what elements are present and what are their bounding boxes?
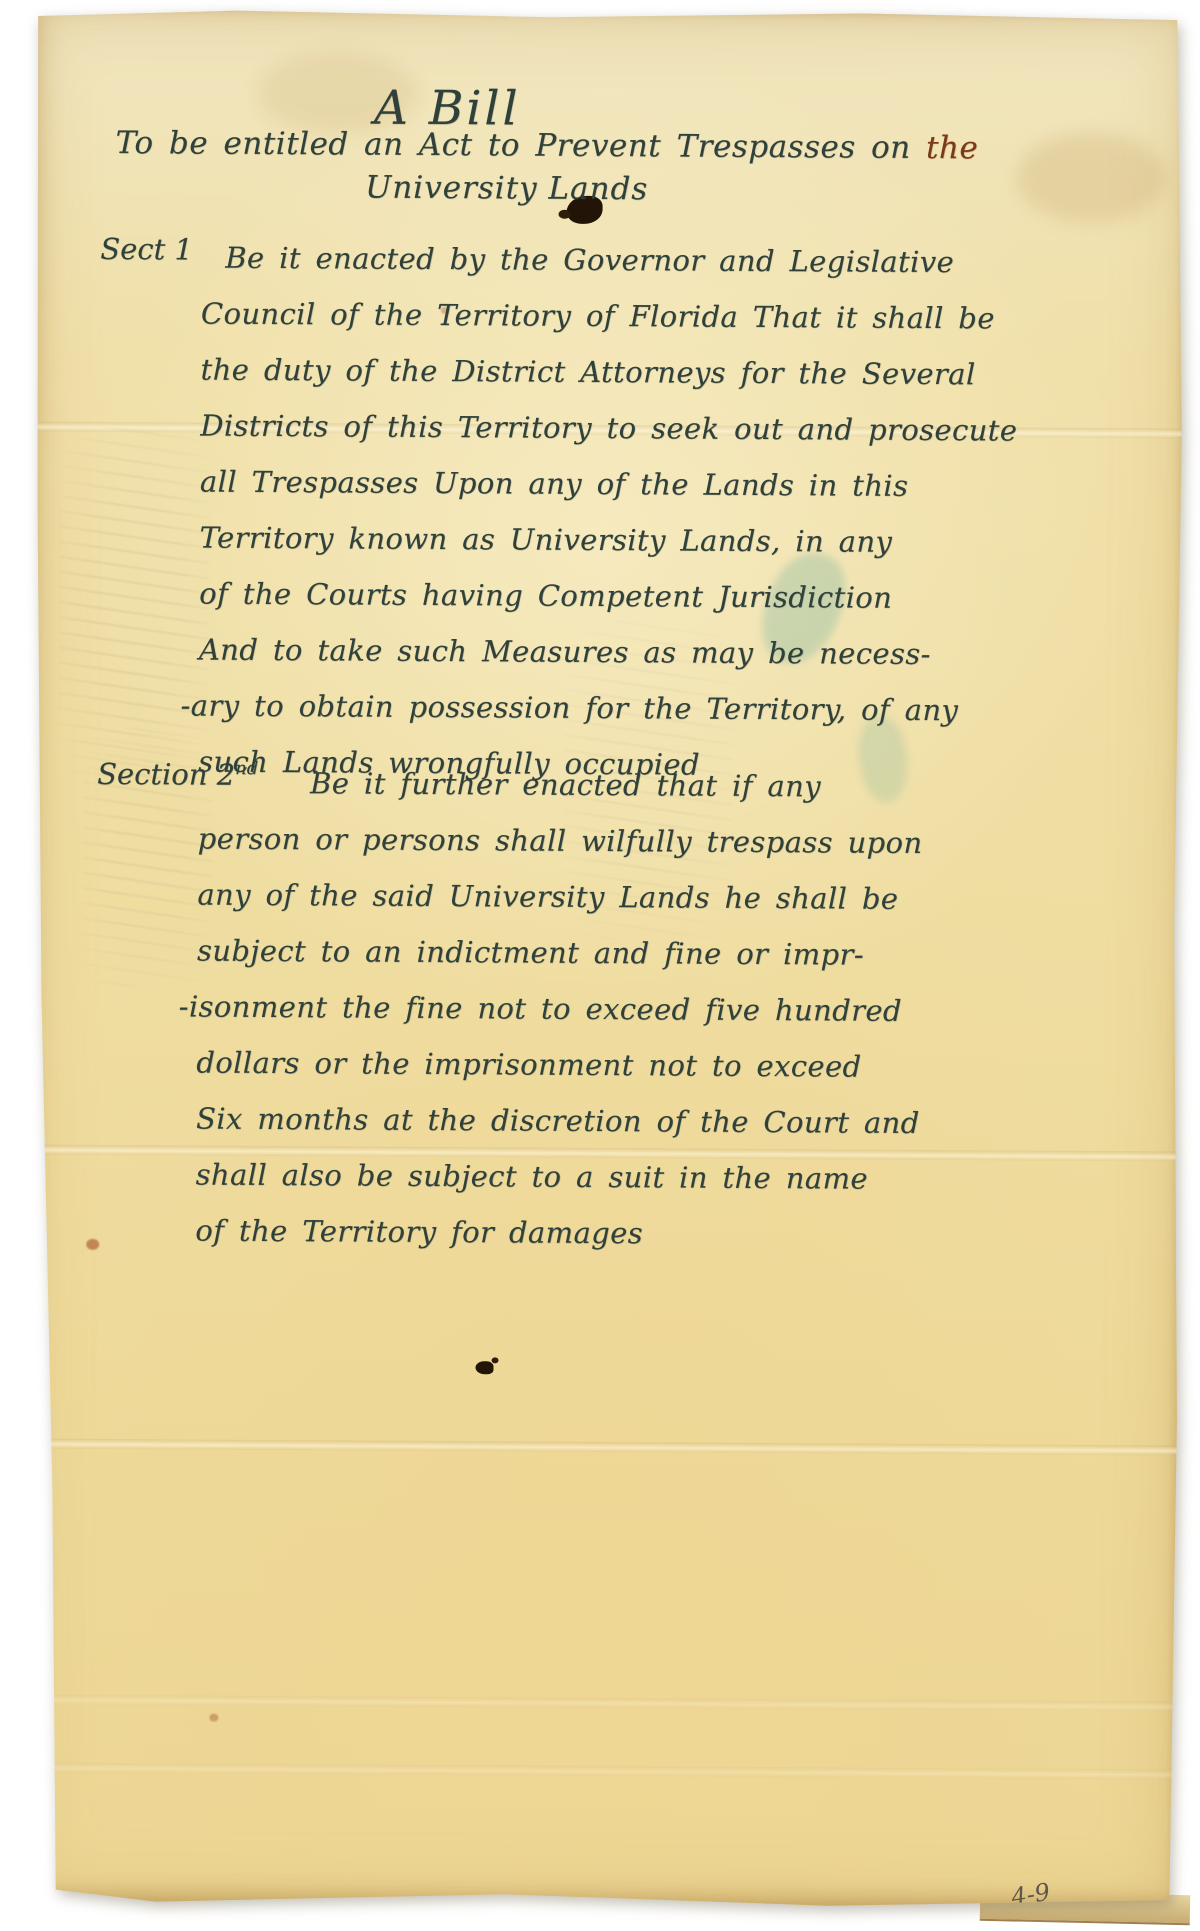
section1-body: Be it enacted by the Governor and Legisl… — [198, 230, 1011, 795]
text-line: Council of the Territory of Florida That… — [201, 286, 1011, 347]
inserted-word: the — [926, 130, 979, 166]
document-subtitle: To be entitled an Act to Prevent Trespas… — [87, 125, 1007, 167]
ink-blot — [475, 1361, 493, 1374]
fold-crease — [19, 1438, 1179, 1455]
text-line: Districts of this Territory to seek out … — [200, 398, 1010, 459]
section1-label: Sect 1 — [100, 232, 193, 267]
text-line: any of the said University Lands he shal… — [197, 867, 1007, 928]
text-line: Be it further enacted that if any — [198, 755, 1008, 816]
text-line: the duty of the District Attorneys for t… — [200, 342, 1010, 403]
text-line: dollars or the imprisonment not to excee… — [196, 1035, 1006, 1096]
section2-body: Be it further enacted that if any person… — [195, 755, 1008, 1264]
photo-background: A Bill To be entitled an Act to Prevent … — [0, 0, 1200, 1931]
text-line: And to take such Measures as may be nece… — [199, 622, 1009, 683]
text-line: of the Territory for damages — [195, 1203, 1005, 1264]
text-line: of the Courts having Competent Jurisdict… — [199, 566, 1009, 627]
rust-spot — [86, 1239, 99, 1250]
text-line: -ary to obtain possession for the Territ… — [180, 677, 1008, 738]
subtitle-main-text: To be entitled an Act to Prevent Trespas… — [116, 125, 911, 166]
fold-crease — [17, 1694, 1177, 1711]
text-line: all Trespasses Upon any of the Lands in … — [200, 454, 1010, 515]
stain — [1017, 133, 1168, 224]
text-line: Be it enacted by the Governor and Legisl… — [201, 230, 1011, 291]
document-subtitle-line2: University Lands — [87, 168, 927, 209]
rust-spot — [209, 1714, 218, 1722]
fold-crease — [17, 1762, 1177, 1779]
text-line: Territory known as University Lands, in … — [199, 510, 1009, 571]
text-line: shall also be subject to a suit in the n… — [196, 1147, 1006, 1208]
paper-wrap: A Bill To be entitled an Act to Prevent … — [0, 0, 1200, 1931]
text-line: -isonment the fine not to exceed five hu… — [179, 978, 1007, 1039]
text-line: person or persons shall wilfully trespas… — [198, 811, 1008, 872]
manuscript-page: A Bill To be entitled an Act to Prevent … — [16, 6, 1188, 1913]
text-line: Six months at the discretion of the Cour… — [196, 1091, 1006, 1152]
pencil-page-annotation: 4-9 — [1009, 1878, 1051, 1911]
text-line: subject to an indictment and fine or imp… — [197, 923, 1007, 984]
